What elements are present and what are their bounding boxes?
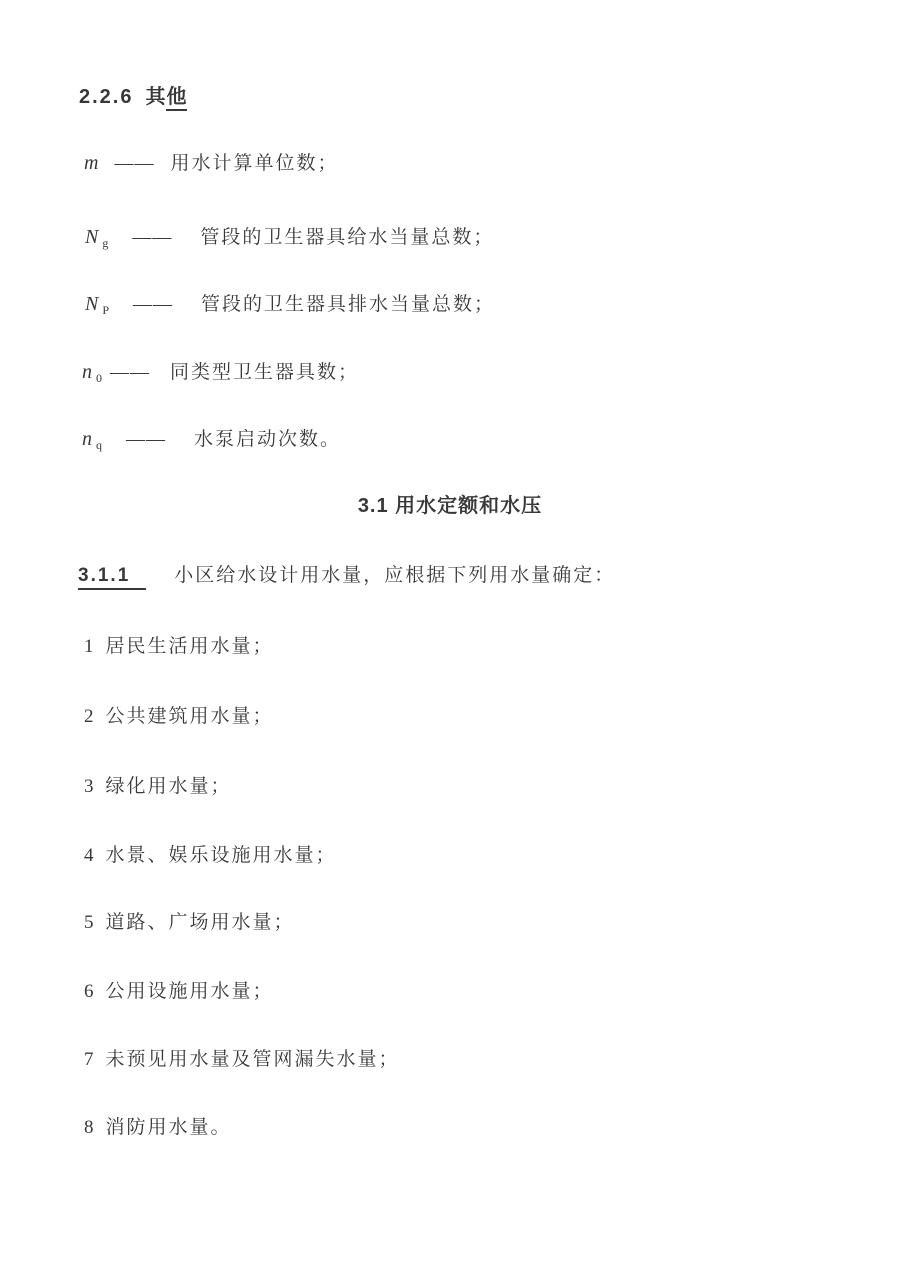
symbol: n <box>82 361 92 383</box>
section-3-1-heading: 3.1 用水定额和水压 <box>0 493 900 519</box>
list-item-3: 3绿化用水量； <box>84 774 232 800</box>
list-item-number: 1 <box>84 636 94 657</box>
list-item-4: 4水景、娱乐设施用水量； <box>84 843 337 869</box>
definition-text: 管段的卫生器具排水当量总数； <box>201 294 495 315</box>
list-item-number: 7 <box>84 1049 94 1070</box>
list-item-text: 消防用水量。 <box>106 1117 232 1138</box>
list-item-8: 8消防用水量。 <box>84 1115 232 1141</box>
symbol: n <box>82 428 92 450</box>
section-title-text: 其 <box>145 86 166 108</box>
list-item-text: 道路、广场用水量； <box>106 912 295 933</box>
list-item-number: 5 <box>84 912 94 933</box>
symbol-subscript: 0 <box>96 371 102 385</box>
definition-dash: —— <box>110 362 150 383</box>
list-item-number: 6 <box>84 981 94 1002</box>
list-item-text: 居民生活用水量； <box>106 636 274 657</box>
symbol-subscript: g <box>102 236 108 250</box>
definition-line-ng: Ng——管段的卫生器具给水当量总数； <box>85 224 494 256</box>
list-item-7: 7未预见用水量及管网漏失水量； <box>84 1047 400 1073</box>
clause-3-1-1: 3.1.1小区给水设计用水量，应根据下列用水量确定： <box>78 563 615 589</box>
symbol-subscript: P <box>102 303 109 317</box>
section-number: 2.2.6 <box>79 86 133 108</box>
list-item-1: 1居民生活用水量； <box>84 634 274 660</box>
section-2-2-6-heading: 2.2.6其他 <box>79 84 187 110</box>
definition-text: 水泵启动次数。 <box>194 429 341 450</box>
symbol: N <box>85 293 98 315</box>
list-item-2: 2公共建筑用水量； <box>84 704 274 730</box>
definition-line-m: m——用水计算单位数； <box>84 150 338 182</box>
definition-text: 用水计算单位数； <box>170 153 338 174</box>
definition-dash: —— <box>114 153 154 174</box>
definition-dash: —— <box>132 227 172 248</box>
list-item-5: 5道路、广场用水量； <box>84 910 295 936</box>
definition-dash: —— <box>133 294 173 315</box>
symbol: N <box>85 226 98 248</box>
clause-text: 小区给水设计用水量，应根据下列用水量确定： <box>174 565 615 586</box>
list-item-number: 3 <box>84 776 94 797</box>
clause-number: 3.1.1 <box>78 565 146 590</box>
symbol-subscript: q <box>96 438 102 452</box>
list-item-number: 2 <box>84 706 94 727</box>
list-item-number: 4 <box>84 845 94 866</box>
definition-line-nq: nq——水泵启动次数。 <box>82 426 341 458</box>
list-item-text: 绿化用水量； <box>106 776 232 797</box>
definition-text: 管段的卫生器具给水当量总数； <box>200 227 494 248</box>
list-item-text: 公用设施用水量； <box>106 981 274 1002</box>
document-page: 2.2.6其他 m——用水计算单位数； Ng——管段的卫生器具给水当量总数； N… <box>0 0 900 1273</box>
definition-dash: —— <box>126 429 166 450</box>
definition-text: 同类型卫生器具数； <box>170 362 359 383</box>
list-item-text: 未预见用水量及管网漏失水量； <box>106 1049 400 1070</box>
list-item-text: 公共建筑用水量； <box>106 706 274 727</box>
definition-line-n0: n0——同类型卫生器具数； <box>82 359 359 391</box>
list-item-text: 水景、娱乐设施用水量； <box>106 845 337 866</box>
definition-line-np: NP——管段的卫生器具排水当量总数； <box>85 291 495 323</box>
section-title-underlined: 他 <box>166 86 187 111</box>
symbol: m <box>84 152 98 174</box>
list-item-6: 6公用设施用水量； <box>84 979 274 1005</box>
list-item-number: 8 <box>84 1117 94 1138</box>
